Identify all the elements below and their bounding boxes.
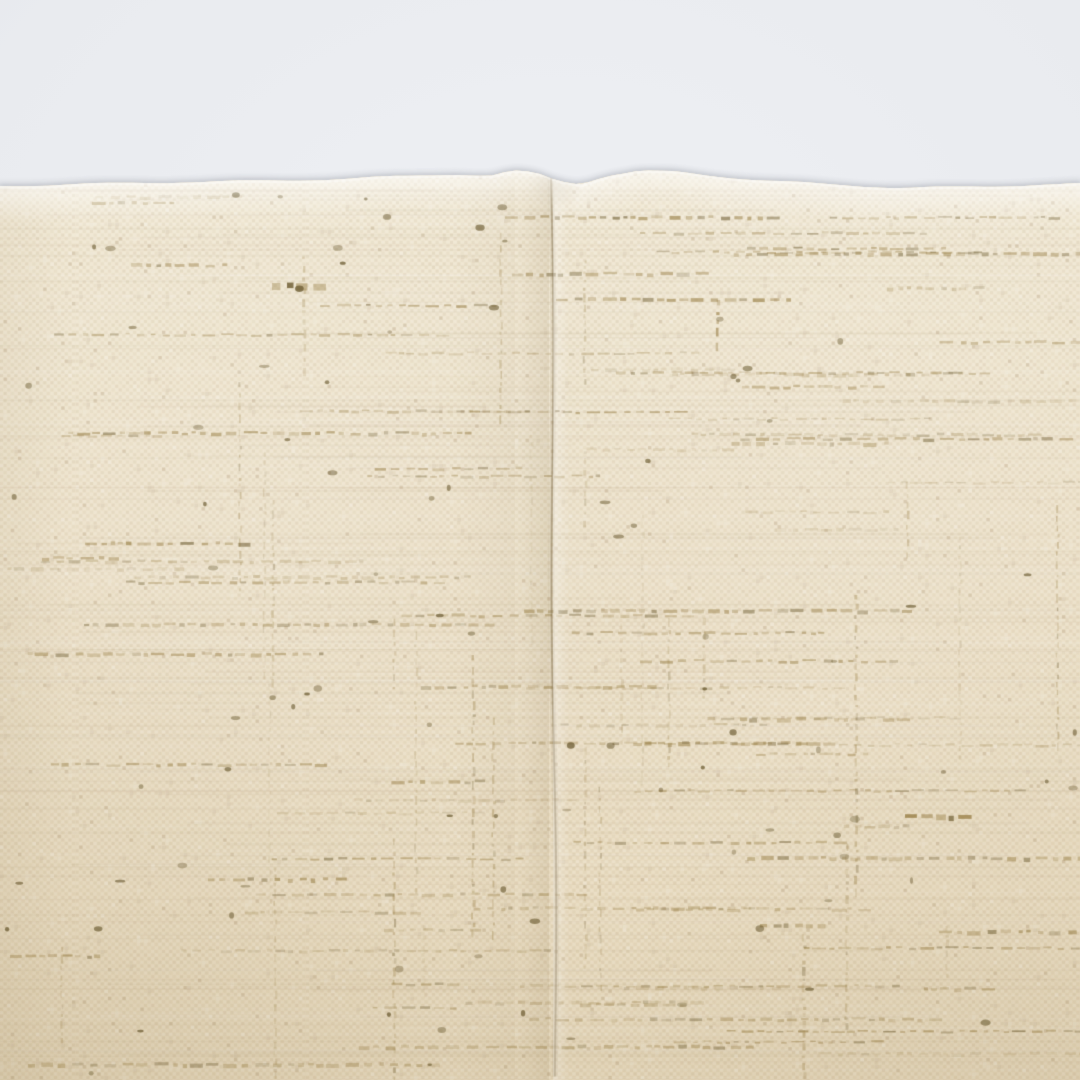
folded-fabric-texture [0,0,1080,1080]
fabric-photo [0,0,1080,1080]
